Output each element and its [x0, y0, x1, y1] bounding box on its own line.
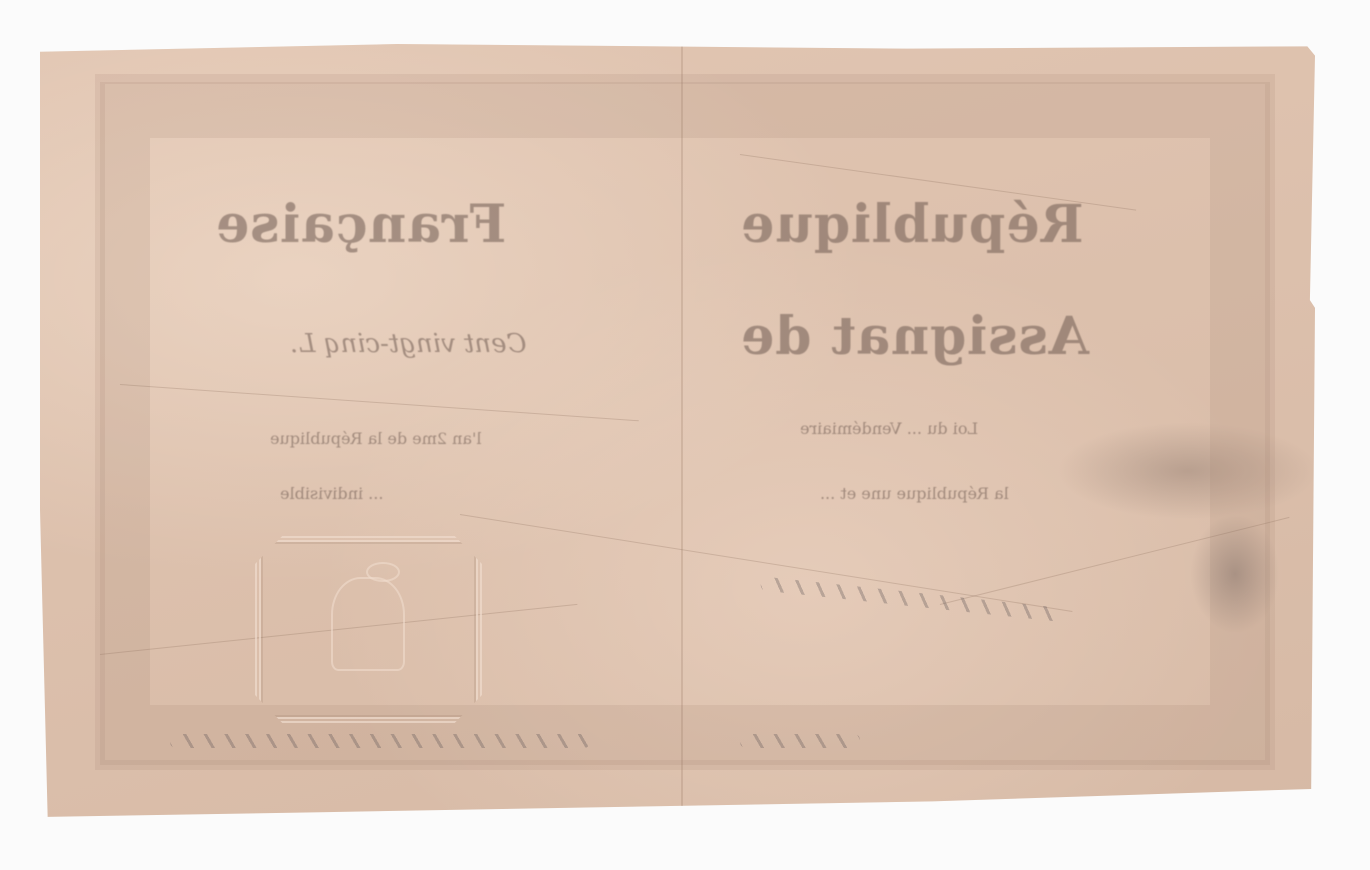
banknote: République Française Assignat de Cent vi… — [40, 44, 1315, 820]
bottom-ornament-bleed — [170, 734, 590, 748]
bottom-ornament-bleed — [740, 734, 860, 748]
mirrored-title-right: République — [740, 194, 1084, 255]
mirrored-line-right-2: la République une et ... — [820, 484, 1009, 503]
mirrored-line-left-2: ... indivisible — [280, 484, 383, 503]
top-border-band — [100, 82, 1270, 138]
left-border-band — [100, 138, 150, 705]
seal-seated-figure — [331, 577, 405, 671]
ink-stain — [1190, 514, 1280, 634]
mirrored-subtitle-right: Assignat de — [740, 306, 1089, 367]
mirrored-line-right-1: Loi du ... Vendémiaire — [800, 419, 978, 438]
embossed-seal — [255, 536, 482, 723]
mirrored-line-left-1: l'an 2me de la République — [270, 429, 481, 448]
mirrored-title-left: Française — [215, 194, 506, 255]
mirrored-value-left: Cent vingt-cinq L. — [290, 329, 526, 359]
center-fold — [681, 44, 683, 820]
